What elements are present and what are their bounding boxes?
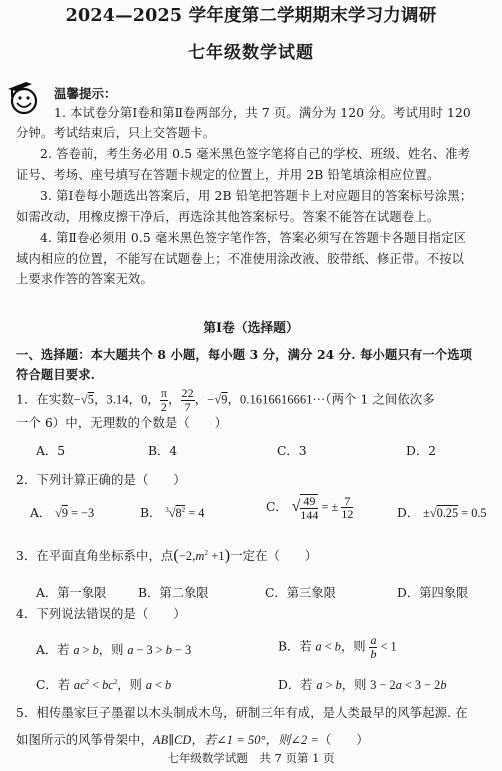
tip-line: 证号、考场、座号填写在答题卡规定的位置上，并用 2B 铅笔填涂相应位置。 [16, 165, 440, 183]
question-5-stem-line2: 如图所示的风筝骨架中，AB∥CD，若∠1 = 50°，则∠2 =（ ） [16, 730, 369, 748]
question-number: 1． [16, 393, 36, 407]
question-2-option-a[interactable]: A． √9 = −3 [30, 503, 94, 521]
question-1-option-c[interactable]: C．3 [277, 441, 307, 459]
tip-line: 如需改动，用橡皮擦干净后，再选涂其他答案标号。答案不能答在试题卷上。 [16, 207, 439, 225]
question-5-stem: 5．相传墨家巨子墨翟以木头制成木鸟，研制三年有成，是人类最早的风筝起源. 在 [16, 703, 468, 721]
section-instruction: 一、选择题：本大题共个 8 小题，每小题 3 分，满分 24 分. 每小题只有一… [16, 345, 472, 363]
question-3-option-b[interactable]: B．第二象限 [138, 583, 209, 601]
question-4-option-c[interactable]: C．若 ac2 < bc2，则 a < b [36, 675, 171, 693]
stem-text: 在实数 [36, 393, 73, 407]
math-zero: 0 [141, 393, 147, 407]
question-2-option-d[interactable]: D． ±√0.25 = 0.5 [397, 503, 487, 521]
tip-line: 3. 第Ⅰ卷每小题选出答案后，用 2B 铅笔把答题卡上对应题目的答案标号涂黑； [40, 186, 472, 204]
exam-page: 2024—2025 学年度第二学期期末学习力调研 七年级数学试题 温馨提示： 1… [0, 0, 502, 771]
question-3-option-a[interactable]: A．第一象限 [36, 583, 106, 601]
question-4-option-b[interactable]: B．若 a < b，则 ab < 1 [278, 634, 397, 660]
math-pi-over-2: π2 [160, 387, 168, 413]
question-4-stem: 4．下列说法错误的是（ ） [16, 604, 186, 622]
math-neg-sqrt9: −√9 [207, 393, 227, 407]
question-1-option-b[interactable]: B．4 [148, 441, 177, 459]
smiley-graduate-icon [6, 80, 46, 116]
tip-line: 上要求作答的答案无效。 [16, 269, 153, 287]
math-22-over-7: 227 [181, 387, 195, 413]
stem-text: （两个 1 之间依次多 [325, 393, 435, 407]
question-2-option-b[interactable]: B． 3√82 = 4 [140, 503, 204, 521]
question-1-option-a[interactable]: A．5 [36, 441, 65, 459]
question-3-option-d[interactable]: D．第四象限 [397, 583, 468, 601]
tips-heading: 温馨提示： [54, 84, 117, 102]
section-title: 第Ⅰ卷（选择题） [0, 317, 502, 336]
question-1-option-d[interactable]: D．2 [406, 441, 436, 459]
math-3-14: 3.14 [107, 393, 129, 407]
tip-line: 分钟。考试结束后，只上交答题卡。 [16, 123, 215, 141]
exam-title: 2024—2025 学年度第二学期期末学习力调研 [0, 2, 502, 27]
math-repeating: 0.1616616661··· [240, 393, 325, 407]
question-1-stem-line2: 一个 6）中，无理数的个数是（ ） [16, 413, 227, 431]
question-3-option-c[interactable]: C．第三象限 [265, 583, 336, 601]
page-footer: 七年级数学试题 共 7 页第 1 页 [0, 750, 502, 766]
question-1-stem: 1．在实数−√5，3.14，0，π2，227，−√9，0.1616616661·… [16, 387, 435, 413]
question-3-stem: 3．在平面直角坐标系中，点(−2,m2 +1)一定在（ ） [16, 546, 317, 565]
section-instruction: 符合题目要求. [16, 365, 95, 383]
tip-line: 1. 本试卷分第Ⅰ卷和第Ⅱ卷两部分，共 7 页。满分为 120 分。考试用时 1… [54, 103, 471, 121]
question-2-option-c[interactable]: C． √49144 = ± 712 [266, 494, 353, 521]
question-2-stem: 2．下列计算正确的是（ ） [16, 470, 186, 488]
question-4-option-d[interactable]: D．若 a > b，则 3 − 2a < 3 − 2b [278, 675, 446, 693]
tip-line: 4. 第Ⅱ卷必须用 0.5 毫米黑色签字笔作答，答案必须写在答题卡各题目指定区 [40, 228, 466, 246]
tip-line: 2. 答卷前，考生务必用 0.5 毫米黑色签字笔将自己的学校、班级、姓名、准考 [40, 144, 470, 162]
tip-line: 域内相应的位置，不能写在试题卷上；不准使用涂改液、胶带纸、修正带。不按以 [16, 249, 464, 267]
exam-subtitle: 七年级数学试题 [0, 38, 502, 63]
math-neg-sqrt5: −√5 [74, 393, 94, 407]
question-4-option-a[interactable]: A．若 a > b，则 a − 3 > b − 3 [36, 640, 191, 658]
